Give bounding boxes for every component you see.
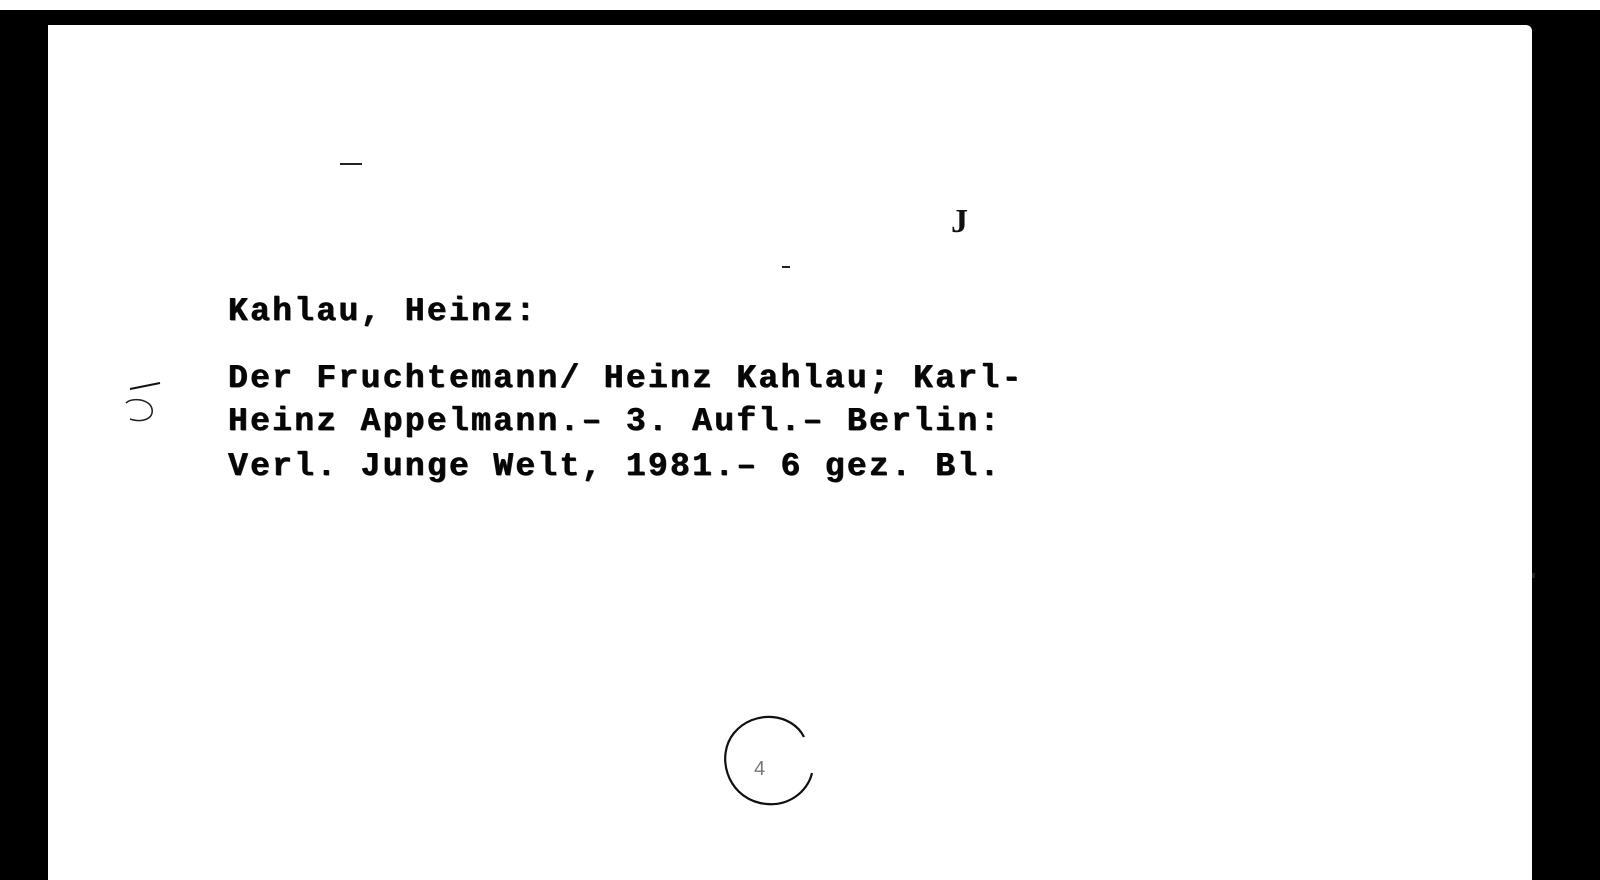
author-heading: Kahlau, Heinz: [228,293,537,330]
title-line-2: Heinz Appelmann.– 3. Aufl.– Berlin: [228,403,1002,440]
handwritten-5-mark [116,375,196,445]
stamp-letter: J [951,203,968,241]
scan-speck [340,163,362,165]
catalog-card: J Kahlau, Heinz: Der Fruchtemann/ Heinz … [48,25,1532,880]
title-line-1: Der Fruchtemann/ Heinz Kahlau; Karl- [228,360,1024,397]
title-line-3: Verl. Junge Welt, 1981.– 6 gez. Bl. [228,448,1002,485]
circled-number-mark: 4 [704,693,834,823]
svg-text:4: 4 [754,758,765,780]
scan-speck [782,266,790,268]
scan-top-margin [0,0,1600,10]
scan-speck [1532,573,1535,578]
